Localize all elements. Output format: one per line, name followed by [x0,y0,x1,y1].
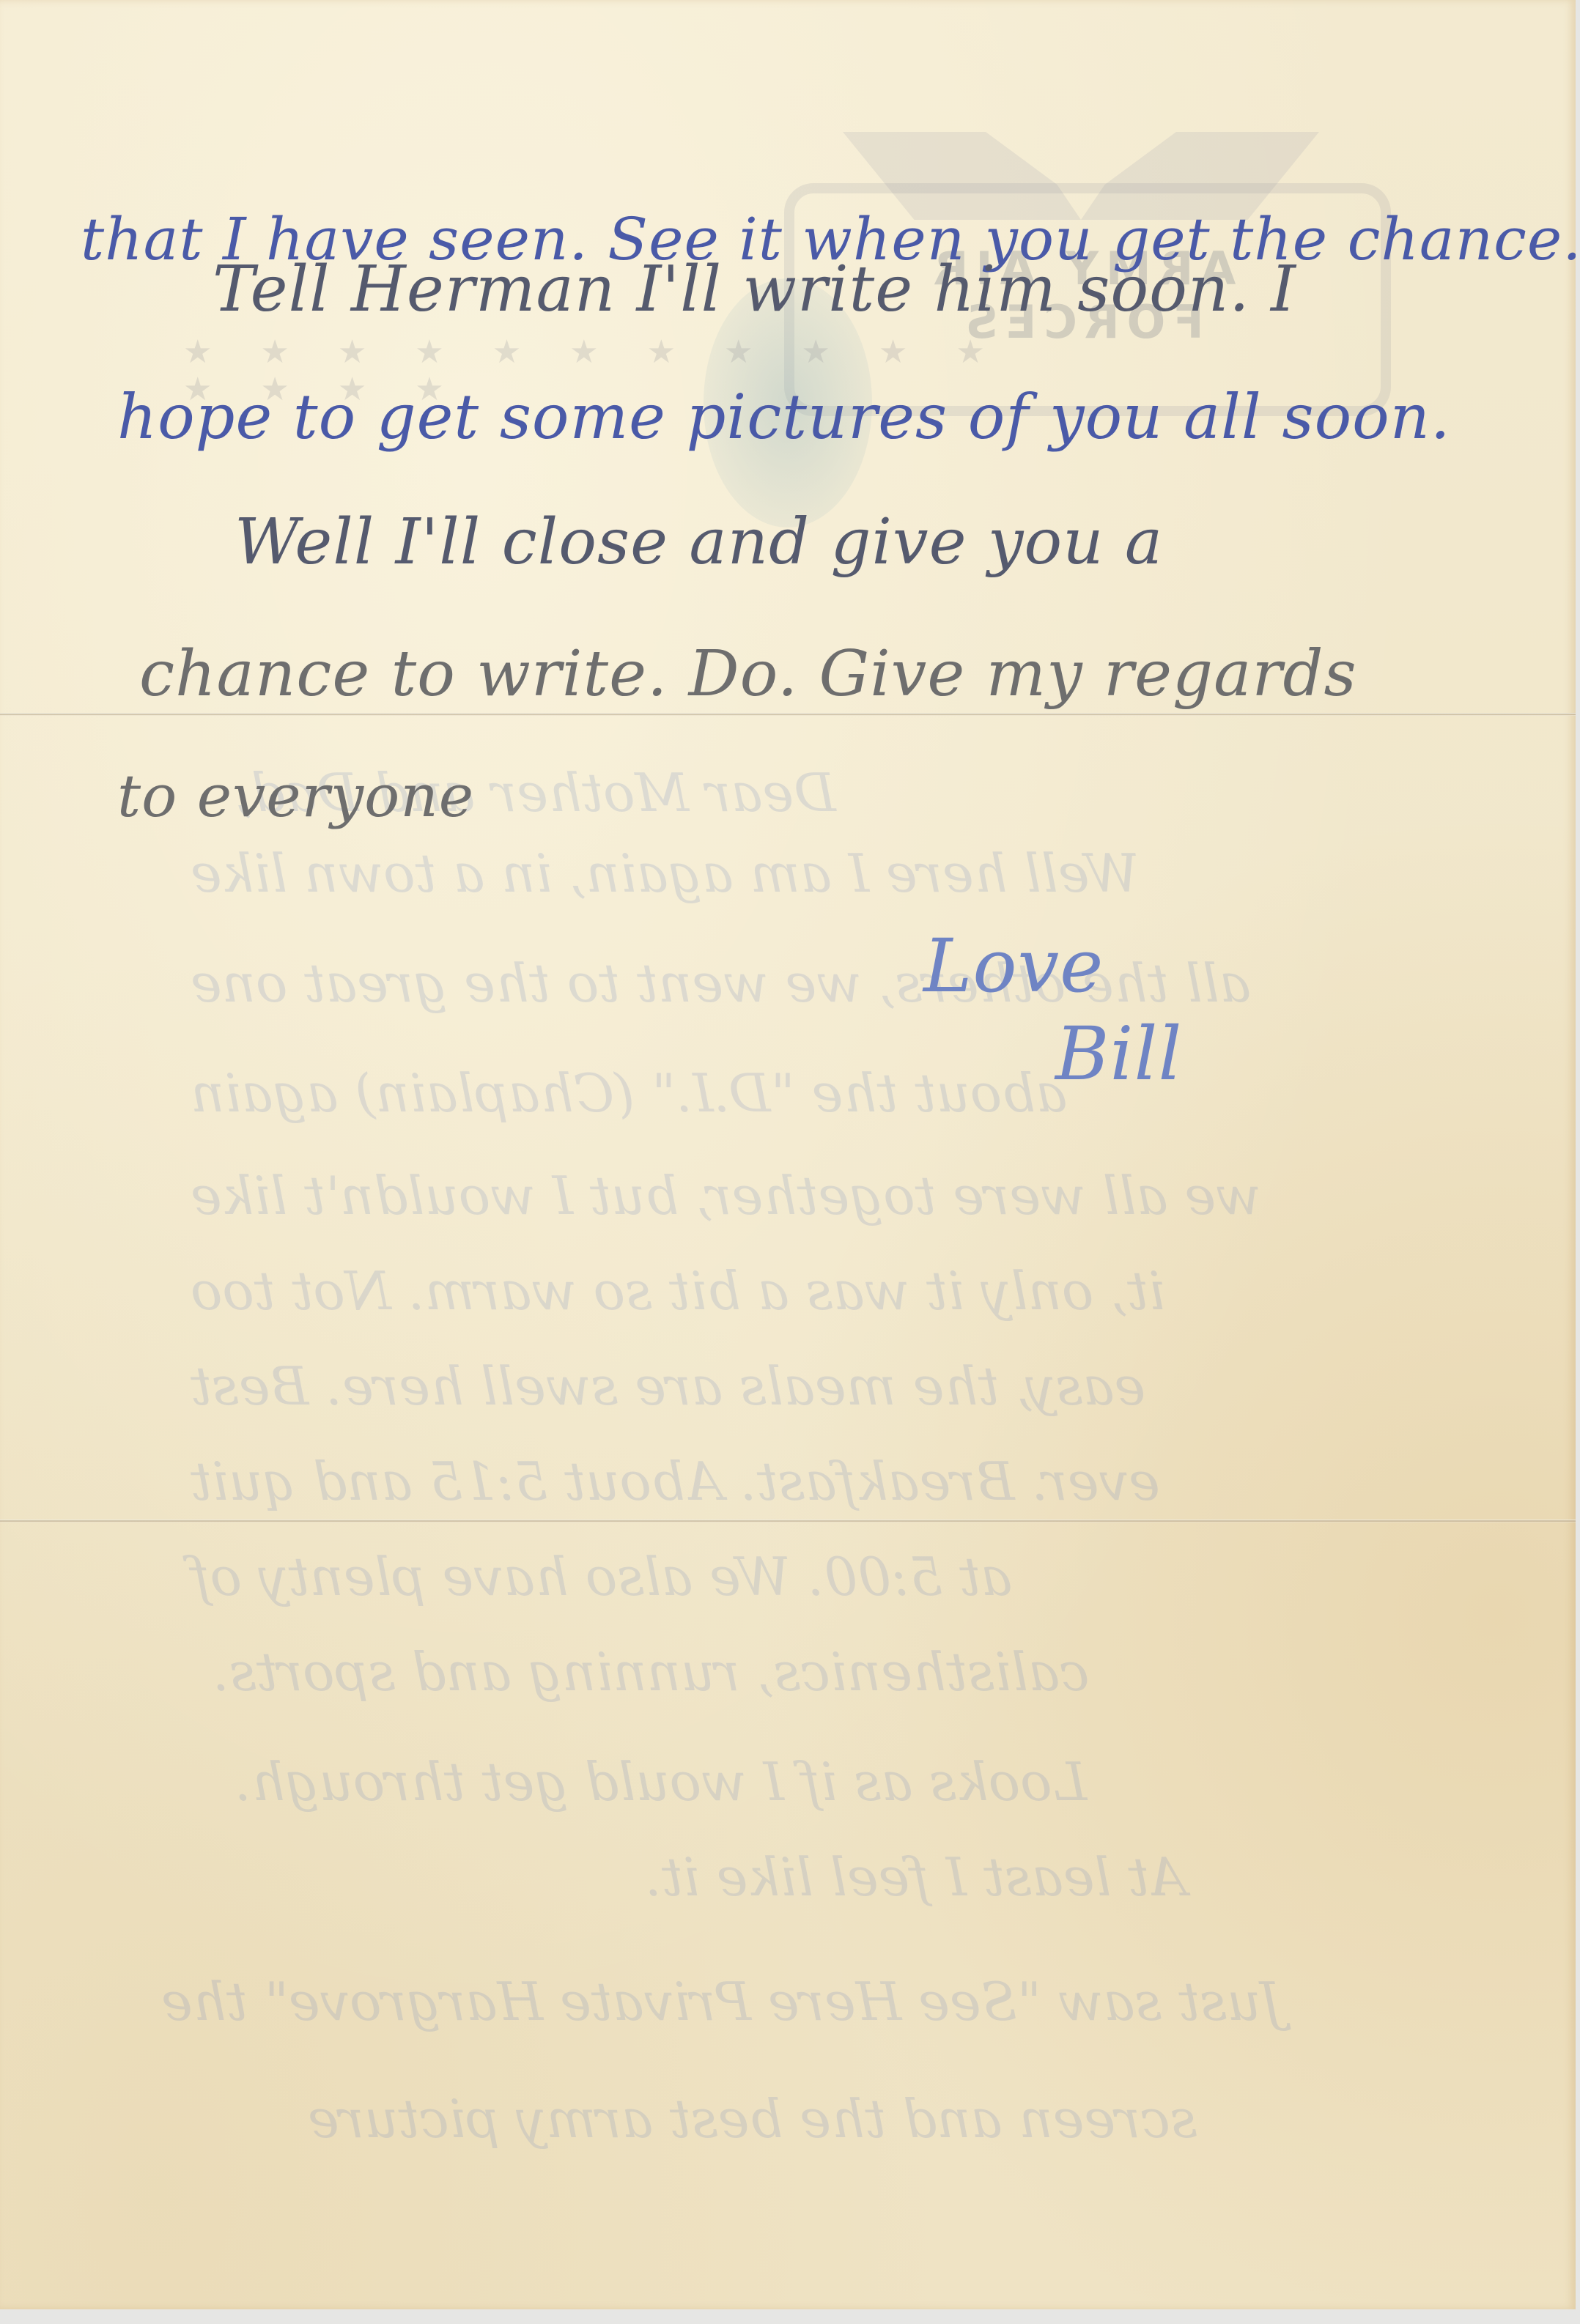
bleed-line: At least I feel like it. [645,1846,1186,1908]
bleed-line: Just saw "See Here Private Hargrove" the [161,1971,1282,2032]
letter-line-5: chance to write. Do. Give my regards [139,637,1357,711]
bleed-line: Well here I am again, in a town like [191,843,1140,904]
bleed-line: calisthenics, running and sports. [213,1641,1089,1703]
bleed-line: screen and the best army picture [308,2088,1197,2150]
scan-border [1576,0,1580,2324]
letter-line-4: Well I'll close and give you a [235,506,1163,579]
bleed-line: at 5:00. We also have plenty of [191,1546,1012,1607]
bleed-line: Looks as if I would get through. [235,1751,1087,1813]
bleed-line: about the "D.I." (Chaplain) again [191,1062,1067,1124]
bleed-line: it, only it was a bit so warm. Not too [191,1260,1165,1322]
scan-border [0,2309,1580,2324]
bleed-line: easy, the meals are swell here. Best [191,1355,1145,1417]
fold-crease [0,1520,1576,1522]
bleed-line: we all were together, but I wouldn't lik… [191,1165,1261,1226]
letter-line-2: Tell Herman I'll write him soon. I [213,253,1296,326]
valediction: Love [923,923,1104,1009]
bleed-line: ever. Breakfast. About 5:15 and quit [191,1451,1160,1512]
letter-line-6: to everyone [117,762,474,830]
letter-page: ARMY AIR FORCES ★ ★ ★ ★ ★ ★ ★ ★ ★ ★ ★ ★ … [0,0,1576,2309]
fold-crease [0,713,1576,716]
letter-line-3: hope to get some pictures of you all soo… [117,381,1451,453]
signature: Bill [1055,1011,1182,1097]
